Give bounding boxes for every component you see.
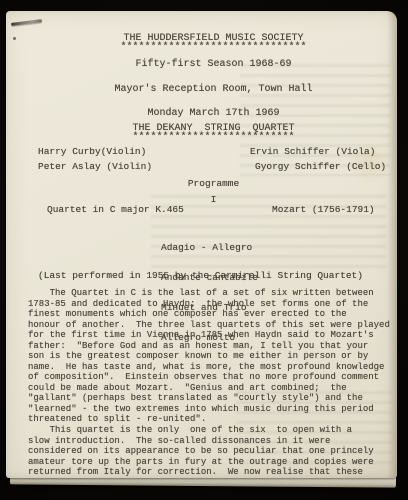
performer-first-violin: Harry Curby(Violin): [38, 147, 146, 157]
performer-cello: Gyorgy Schiffer (Cello): [255, 162, 386, 172]
programme-heading: Programme: [6, 179, 397, 189]
paper-speck: [13, 37, 16, 40]
society-title-underline: *******************************: [6, 43, 397, 53]
venue-line: Mayor's Reception Room, Town Hall: [6, 85, 397, 95]
work-title: Quartet in C major K.465: [47, 205, 184, 215]
performer-second-violin: Peter Aslay (Violin): [38, 162, 152, 172]
performer-viola: Ervin Schiffer (Viola): [250, 147, 375, 157]
composer: Mozart (1756-1791): [272, 205, 375, 215]
programme-note-paragraph-1: The Quartet in C is the last of a set of…: [28, 288, 393, 425]
season-line: Fifty-first Season 1968-69: [6, 60, 397, 70]
ensemble-title-underline: ***************************: [6, 133, 397, 143]
programme-page: THE HUDDERSFIELD MUSIC SOCIETY *********…: [6, 11, 397, 478]
scan-background: THE HUDDERSFIELD MUSIC SOCIETY *********…: [0, 0, 408, 500]
date-line: Monday March 17th 1969: [6, 109, 397, 119]
last-performed-note: (Last performed in 1955 by the Carmirell…: [38, 271, 363, 281]
programme-note-paragraph-2: This quartet is the only one of the six …: [28, 425, 393, 478]
movement-item: Adagio - Allegro: [161, 243, 258, 253]
